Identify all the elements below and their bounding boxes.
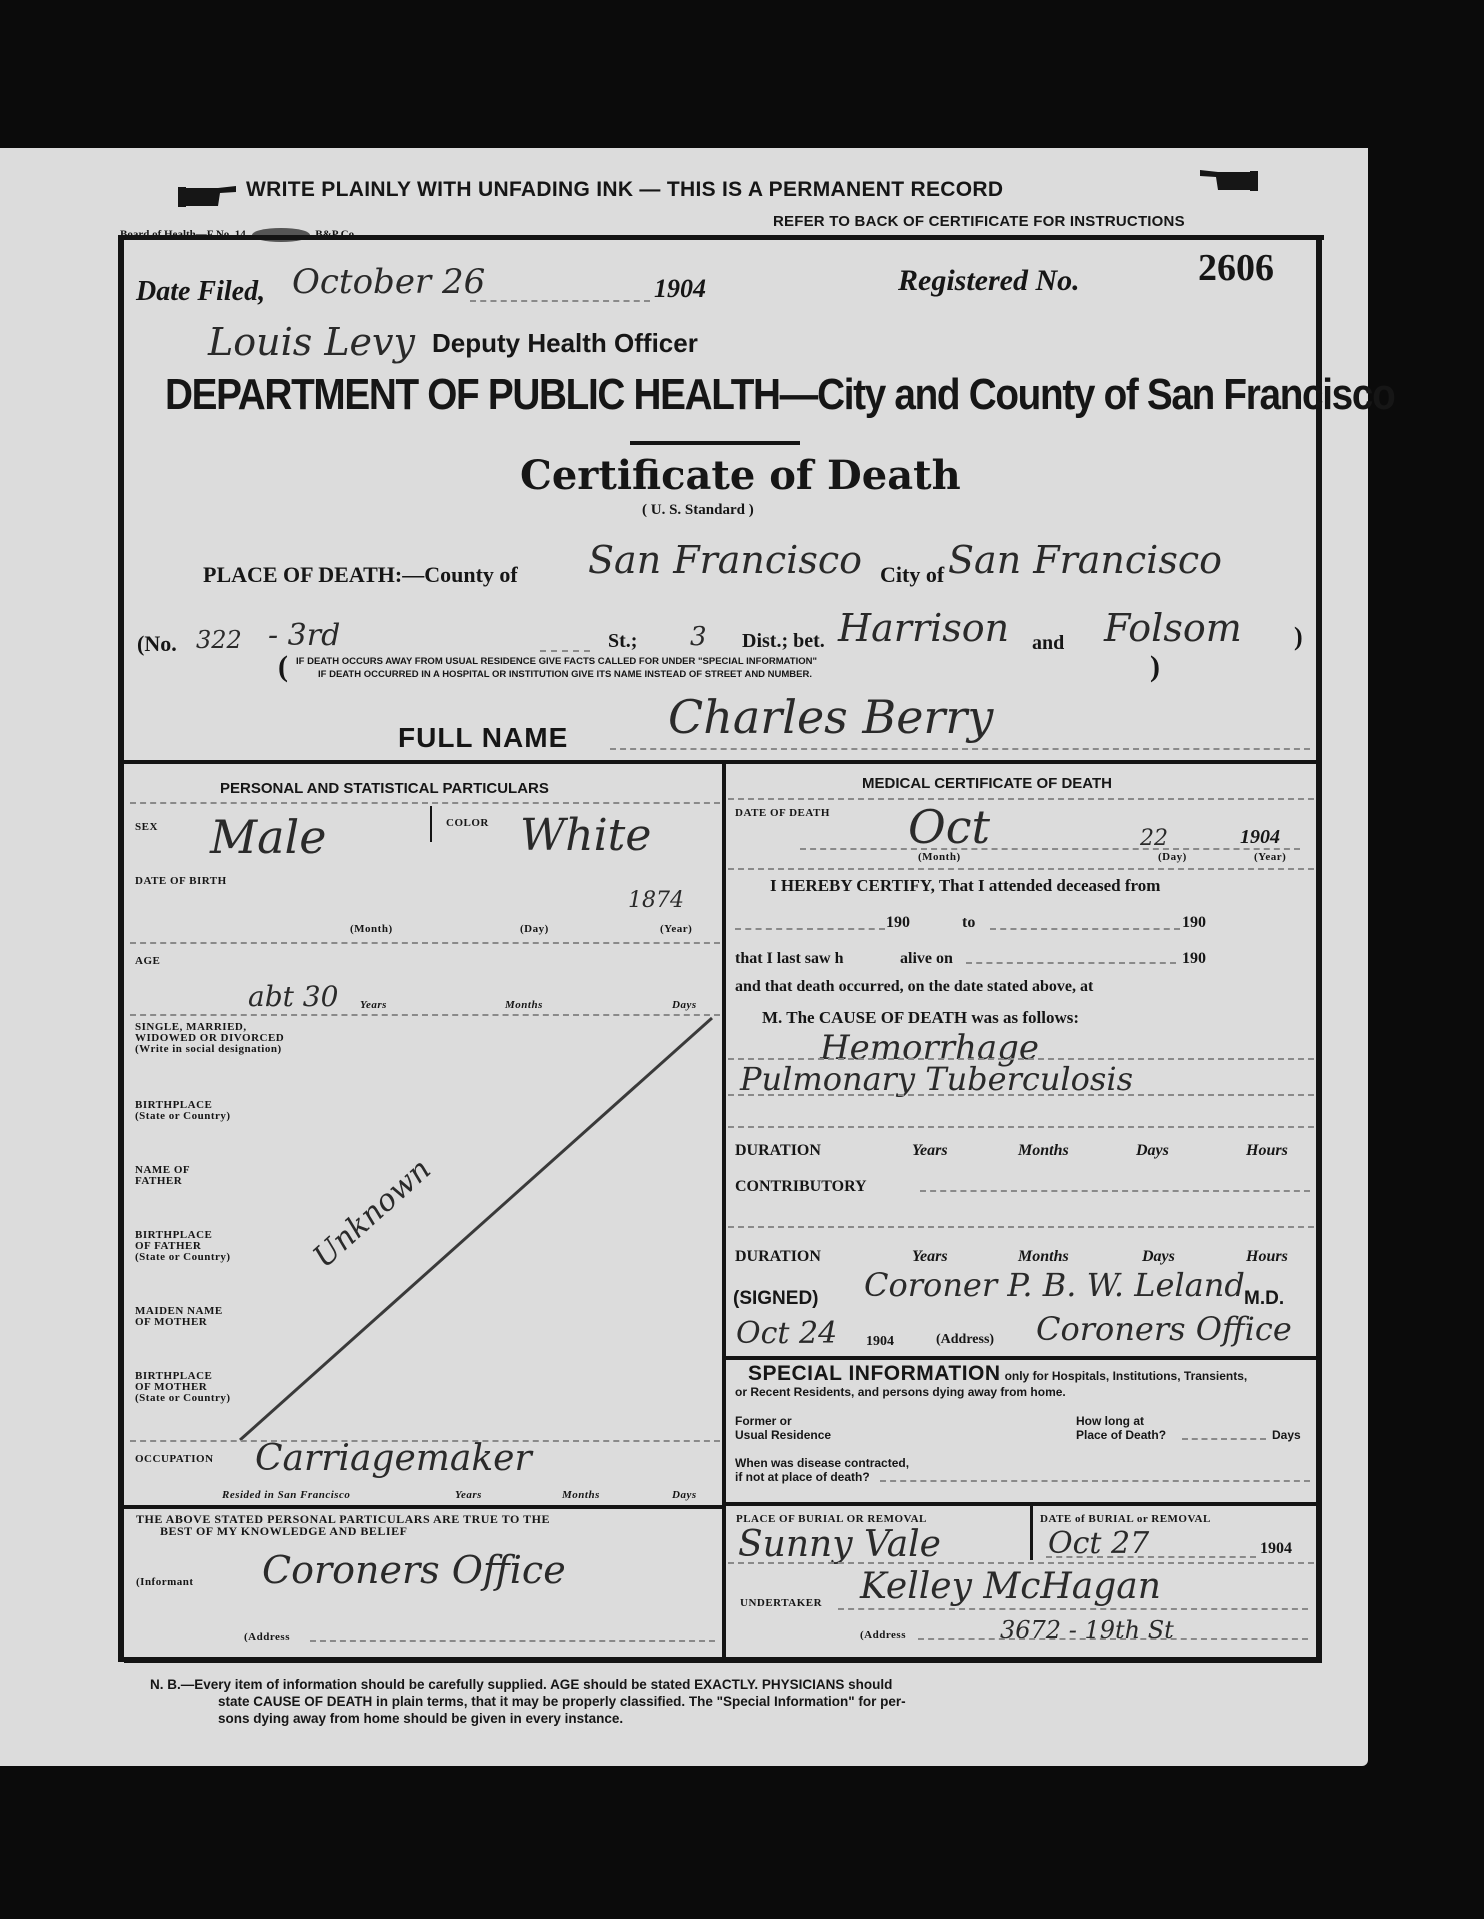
county-value: San Francisco xyxy=(588,538,862,582)
dod-year-label: (Year) xyxy=(1254,852,1286,863)
officer-title: Deputy Health Officer xyxy=(432,328,698,359)
sex-color-divider xyxy=(430,806,432,842)
pointing-hand-icon-right xyxy=(1198,168,1258,194)
certificate-subtitle: ( U. S. Standard ) xyxy=(642,502,754,519)
resided-months-label: Months xyxy=(562,1490,600,1501)
cause-secondary: Pulmonary Tuberculosis xyxy=(740,1060,1133,1098)
burial-divider xyxy=(726,1502,1316,1506)
dod-year: 1904 xyxy=(1240,826,1280,849)
to-label: to xyxy=(962,914,975,932)
residence-note-1: IF DEATH OCCURS AWAY FROM USUAL RESIDENC… xyxy=(296,656,817,667)
special-info-note-2: or Recent Residents, and persons dying a… xyxy=(735,1385,1066,1399)
and-label: and xyxy=(1032,632,1064,655)
street-number: 322 xyxy=(196,626,242,654)
last-saw-label: that I last saw h xyxy=(735,950,843,968)
duration-label-2: DURATION xyxy=(735,1248,821,1266)
signed-label: (SIGNED) xyxy=(733,1288,819,1310)
contracted-label-1: When was disease contracted, xyxy=(735,1456,909,1470)
personal-heading: PERSONAL AND STATISTICAL PARTICULARS xyxy=(220,780,549,797)
dod-bottom-line xyxy=(728,868,1314,870)
occupation-label: OCCUPATION xyxy=(135,1454,214,1465)
how-long-label-2: Place of Death? xyxy=(1076,1428,1166,1442)
occupation-value: Carriagemaker xyxy=(255,1438,532,1479)
paren-close: ) xyxy=(1150,650,1160,684)
city-label: City of xyxy=(880,562,944,588)
signed-address-label: (Address) xyxy=(936,1332,994,1348)
dob-day-label: (Day) xyxy=(520,924,549,935)
burial-date-label: DATE of BURIAL or REMOVAL xyxy=(1040,1514,1211,1525)
dob-label: DATE OF BIRTH xyxy=(135,876,227,887)
former-residence-label-2: Usual Residence xyxy=(735,1428,831,1442)
informant-statement-2: BEST OF MY KNOWLEDGE AND BELIEF xyxy=(160,1526,407,1537)
banner-text: WRITE PLAINLY WITH UNFADING INK — THIS I… xyxy=(246,178,1003,202)
cause-line-2 xyxy=(728,1094,1314,1096)
contributory-label: CONTRIBUTORY xyxy=(735,1178,867,1196)
duration-months-2: Months xyxy=(1018,1248,1069,1266)
between-street-2: Folsom xyxy=(1104,606,1242,650)
resided-days-label: Days xyxy=(672,1490,697,1501)
dod-line xyxy=(800,848,1300,850)
full-name-line xyxy=(610,748,1310,750)
date-filed-line xyxy=(470,300,650,302)
registered-number: 2606 xyxy=(1198,246,1274,290)
date-filed-year: 1904 xyxy=(654,274,706,304)
duration-hours-2: Hours xyxy=(1246,1248,1288,1266)
street-line xyxy=(540,650,590,652)
footnote-line-3: sons dying away from home should be give… xyxy=(218,1711,623,1726)
death-occurred-label: and that death occurred, on the date sta… xyxy=(735,978,1093,996)
alive-190: 190 xyxy=(1182,950,1206,968)
duration-months-1: Months xyxy=(1018,1142,1069,1160)
special-info-divider xyxy=(726,1356,1316,1360)
sex-label: SEX xyxy=(135,822,158,833)
instructions-note: REFER TO BACK OF CERTIFICATE FOR INSTRUC… xyxy=(773,213,1185,230)
footnote-line-2: state CAUSE OF DEATH in plain terms, tha… xyxy=(218,1694,906,1709)
resided-label: Resided in San Francisco xyxy=(222,1490,350,1501)
informant-address-label: (Address xyxy=(244,1632,290,1643)
date-filed-value: October 26 xyxy=(292,262,485,302)
dob-month-label: (Month) xyxy=(350,924,393,935)
district-label: Dist.; bet. xyxy=(742,630,825,653)
sex-value: Male xyxy=(210,810,326,864)
burial-year: 1904 xyxy=(1260,1540,1292,1558)
how-long-days-label: Days xyxy=(1272,1428,1301,1442)
burial-place-value: Sunny Vale xyxy=(738,1524,941,1565)
signed-year: 1904 xyxy=(866,1334,894,1350)
contributory-line xyxy=(920,1190,1310,1192)
duration-years-2: Years xyxy=(912,1248,948,1266)
undertaker-label: UNDERTAKER xyxy=(740,1598,822,1609)
alive-on-line xyxy=(966,962,1176,964)
cause-line-3 xyxy=(728,1126,1314,1128)
duration-days-2: Days xyxy=(1142,1248,1175,1266)
dob-line xyxy=(130,942,720,944)
alive-on-label: alive on xyxy=(900,950,953,968)
officer-signature: Louis Levy xyxy=(208,320,415,364)
box-right-border xyxy=(1316,238,1322,1662)
district-value: 3 xyxy=(690,622,707,652)
to-190: 190 xyxy=(1182,914,1206,932)
department-title: DEPARTMENT OF PUBLIC HEALTH—City and Cou… xyxy=(165,370,1394,420)
from-190: 190 xyxy=(886,914,910,932)
age-label: AGE xyxy=(135,956,160,967)
attended-from-line xyxy=(735,928,885,930)
contracted-line xyxy=(880,1480,1310,1482)
signed-value: Coroner P. B. W. Leland xyxy=(864,1266,1245,1304)
duration-hours-1: Hours xyxy=(1246,1142,1288,1160)
color-value: White xyxy=(520,810,651,861)
informant-address-line xyxy=(310,1640,715,1642)
street-number-label: (No. xyxy=(137,631,177,657)
date-filed-label: Date Filed, xyxy=(136,276,265,308)
cause-label: M. The CAUSE OF DEATH was as follows: xyxy=(762,1008,1079,1028)
certify-statement: I HEREBY CERTIFY, That I attended deceas… xyxy=(770,876,1160,896)
how-long-line xyxy=(1182,1438,1266,1440)
dod-month: Oct xyxy=(908,800,990,854)
title-divider xyxy=(630,441,800,445)
full-name-label: FULL NAME xyxy=(398,722,568,754)
informant-label: (Informant xyxy=(136,1577,194,1588)
signed-address-value: Coroners Office xyxy=(1036,1310,1292,1348)
special-info-note-1: only for Hospitals, Institutions, Transi… xyxy=(1005,1369,1248,1383)
dob-year-label: (Year) xyxy=(660,924,692,935)
former-residence-label-1: Former or xyxy=(735,1414,792,1428)
place-of-death-label: PLACE OF DEATH:—County of xyxy=(203,562,518,588)
paren-open: ( xyxy=(278,650,288,684)
special-info-heading-row: SPECIAL INFORMATION only for Hospitals, … xyxy=(748,1362,1247,1386)
undertaker-line xyxy=(838,1608,1308,1610)
burial-bottom-line xyxy=(728,1562,1314,1564)
undertaker-address-label: (Address xyxy=(860,1630,906,1641)
attended-to-line xyxy=(990,928,1180,930)
signed-date: Oct 24 xyxy=(736,1316,837,1351)
dod-label: DATE OF DEATH xyxy=(735,808,830,819)
close-paren: ) xyxy=(1294,622,1303,652)
footnote-line-1: N. B.—Every item of information should b… xyxy=(150,1677,892,1692)
md-label: M.D. xyxy=(1244,1288,1284,1310)
section-divider xyxy=(124,760,1318,764)
contributory-line-2 xyxy=(728,1226,1314,1228)
informant-value: Coroners Office xyxy=(262,1548,566,1592)
st-label: St.; xyxy=(608,630,637,653)
resided-years-label: Years xyxy=(455,1490,482,1501)
duration-days-1: Days xyxy=(1136,1142,1169,1160)
full-name-value: Charles Berry xyxy=(668,690,993,744)
undertaker-address-line xyxy=(918,1638,1308,1640)
duration-label-1: DURATION xyxy=(735,1142,821,1160)
diagonal-strike-line xyxy=(120,1000,730,1450)
personal-heading-line xyxy=(130,802,720,804)
informant-divider xyxy=(124,1505,722,1509)
dod-month-label: (Month) xyxy=(918,852,961,863)
burial-split xyxy=(1030,1504,1033,1560)
contracted-label-2: if not at place of death? xyxy=(735,1470,870,1484)
dod-day-label: (Day) xyxy=(1158,852,1187,863)
color-label: COLOR xyxy=(446,818,489,829)
box-top-border xyxy=(118,235,1324,240)
special-info-heading: SPECIAL INFORMATION xyxy=(748,1362,1001,1385)
burial-date-line xyxy=(1046,1556,1256,1558)
medical-heading-line xyxy=(728,798,1314,800)
how-long-label-1: How long at xyxy=(1076,1414,1144,1428)
between-street-1: Harrison xyxy=(838,606,1009,650)
residence-note-2: IF DEATH OCCURRED IN A HOSPITAL OR INSTI… xyxy=(318,669,812,680)
registered-label: Registered No. xyxy=(898,264,1080,298)
medical-heading: MEDICAL CERTIFICATE OF DEATH xyxy=(862,775,1112,792)
dob-year: 1874 xyxy=(628,888,684,913)
undertaker-value: Kelley McHagan xyxy=(860,1566,1161,1607)
street-name: - 3rd xyxy=(268,618,340,653)
duration-years-1: Years xyxy=(912,1142,948,1160)
city-value: San Francisco xyxy=(948,538,1222,582)
pointing-hand-icon-left xyxy=(178,184,238,210)
certificate-title: Certificate of Death xyxy=(520,452,961,499)
